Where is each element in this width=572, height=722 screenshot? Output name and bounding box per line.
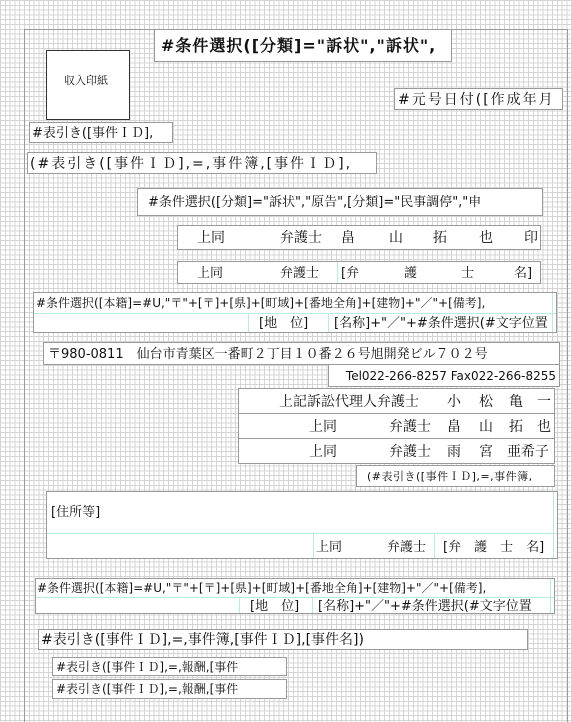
fee-lookup-text: #表引き([事件ＩＤ],=,報酬,[事件 [56,683,238,695]
address-placeholder: [住所等] [51,506,100,519]
column-divider [248,313,249,333]
attorney-name-char: 畠 [447,420,461,434]
column-divider [553,492,554,559]
domicile-row1-text: #条件選択([本籍]=#U,"〒"+[〒]+[県]+[町域]+[番地全角]+[建… [36,297,485,309]
phone-fax-text: Tel022-266-8257 Fax022-266-8255 [346,370,556,382]
case-id-field[interactable]: #表引き([事件ＩＤ], [29,122,173,143]
domicile-row1-text: #条件選択([本籍]=#U,"〒"+[〒]+[県]+[町域]+[番地全角]+[建… [37,582,486,594]
case-lookup-text: (#表引き([事件ＩＤ],=,事件簿,[事件ＩＤ], [30,157,352,171]
domicile-table-2[interactable]: #条件選択([本籍]=#U,"〒"+[〒]+[県]+[町域]+[番地全角]+[建… [35,578,555,614]
attorney-name-char: 山 [479,420,493,434]
attorney-lookup-text: (#表引き([事件ＩＤ],=,事件簿, [367,471,533,482]
column-divider [328,313,329,333]
signature-row-2[interactable]: 上同 弁護士 [弁 護 士 名] [177,261,541,284]
attorney-name-char: 一 [537,395,551,409]
signature-name-char: 拓 [433,231,447,245]
revenue-stamp-label: 収入印紙 [64,75,108,86]
domicile-name-text: [名称]+"／"+#条件選択(#文字位置 [318,600,532,613]
signature-name-char: 山 [389,231,403,245]
revenue-stamp-box[interactable]: 収入印紙 [46,50,130,120]
date-field[interactable]: #元号日付([作成年月 [394,88,563,110]
attorney-row-2[interactable]: 上同 弁護士 畠 山 拓 也 [238,413,555,439]
fee-lookup-field-1[interactable]: #表引き([事件ＩＤ],=,報酬,[事件 [52,657,287,676]
case-name-lookup-text: #表引き([事件ＩＤ],=,事件簿,[事件ＩＤ],[事件名]) [41,633,364,647]
office-address-field[interactable]: 〒980-0811 仙台市青葉区一番町２丁目１０番２６号旭開発ビル７０２号 [43,342,560,365]
office-address-text: 〒980-0811 仙台市青葉区一番町２丁目１０番２６号旭開発ビル７０２号 [48,348,488,361]
signature-name-char: 也 [479,231,493,245]
signature-name-char: 名] [514,267,532,280]
address-table[interactable]: [住所等] 上同 弁護士 [弁 護 士 名] [46,491,558,559]
phone-fax-field[interactable]: Tel022-266-8257 Fax022-266-8255 [328,364,560,387]
attorney-name-char: 宮 [479,445,493,459]
attorney-name-char: 小 [447,395,461,409]
attorney-row-3[interactable]: 上同 弁護士 雨 宮 亜希子 [238,438,555,464]
column-divider [313,533,314,559]
attorney-lookup-field[interactable]: (#表引き([事件ＩＤ],=,事件簿, [356,465,555,487]
signature-name-char: 士 [461,267,474,280]
signature-role: 上同 [197,231,225,245]
title-text: #条件選択([分類]="訴状","訴状", [161,38,436,54]
signature-name-char: 畠 [341,231,355,245]
attorney-title: 弁護士 [389,420,431,434]
address-attorney-name: [弁 護 士 名] [443,541,544,554]
row-divider [34,313,557,314]
row-divider [47,533,558,534]
row-divider [36,597,555,598]
signature-role: 上同 [197,267,223,280]
seal-mark: 印 [524,231,538,245]
attorney-name-char: 松 [479,395,493,409]
column-divider [552,293,553,333]
attorney-row-1[interactable]: 上記訴訟代理人弁護士 小 松 亀 一 [238,388,555,414]
case-lookup-field[interactable]: (#表引き([事件ＩＤ],=,事件簿,[事件ＩＤ], [27,152,377,174]
signature-name-char: [弁 [341,267,359,280]
attorney-name-char: 也 [537,420,551,434]
case-id-text: #表引き([事件ＩＤ], [32,127,153,140]
domicile-status-text: [地 位] [250,600,299,613]
signature-title: 弁護士 [280,231,322,245]
address-title: 弁護士 [387,541,426,554]
attorney-name-char: 亀 [509,395,523,409]
column-divider [550,579,551,614]
date-field-text: #元号日付([作成年月 [398,93,555,107]
column-divider [337,262,338,284]
signature-title: 弁護士 [280,267,319,280]
party-condition-field[interactable]: #条件選択([分類]="訴状","原告",[分類]="民事調停","申 [137,188,543,216]
signature-name-char: 護 [404,267,417,280]
title-field[interactable]: #条件選択([分類]="訴状","訴状", [154,29,452,62]
attorney-role: 上記訴訟代理人弁護士 [279,395,419,409]
party-condition-text: #条件選択([分類]="訴状","原告",[分類]="民事調停","申 [148,196,481,209]
attorney-name-char: 雨 [447,445,461,459]
attorney-role: 上同 [309,420,337,434]
column-divider [434,533,435,559]
case-name-lookup-field[interactable]: #表引き([事件ＩＤ],=,事件簿,[事件ＩＤ],[事件名]) [38,629,528,650]
address-role: 上同 [316,541,342,554]
attorney-role: 上同 [309,445,337,459]
fee-lookup-text: #表引き([事件ＩＤ],=,報酬,[事件 [56,661,238,673]
column-divider [239,597,240,614]
domicile-table-1[interactable]: #条件選択([本籍]=#U,"〒"+[〒]+[県]+[町域]+[番地全角]+[建… [33,292,557,333]
domicile-status-text: [地 位] [259,317,308,330]
attorney-name-char: 亜希子 [507,445,549,459]
domicile-name-text: [名称]+"／"+#条件選択(#文字位置 [334,317,548,330]
signature-row-1[interactable]: 上同 弁護士 畠 山 拓 也 印 [177,225,541,250]
column-divider [312,597,313,614]
attorney-title: 弁護士 [389,445,431,459]
fee-lookup-field-2[interactable]: #表引き([事件ＩＤ],=,報酬,[事件 [52,679,287,699]
attorney-name-char: 拓 [509,420,523,434]
